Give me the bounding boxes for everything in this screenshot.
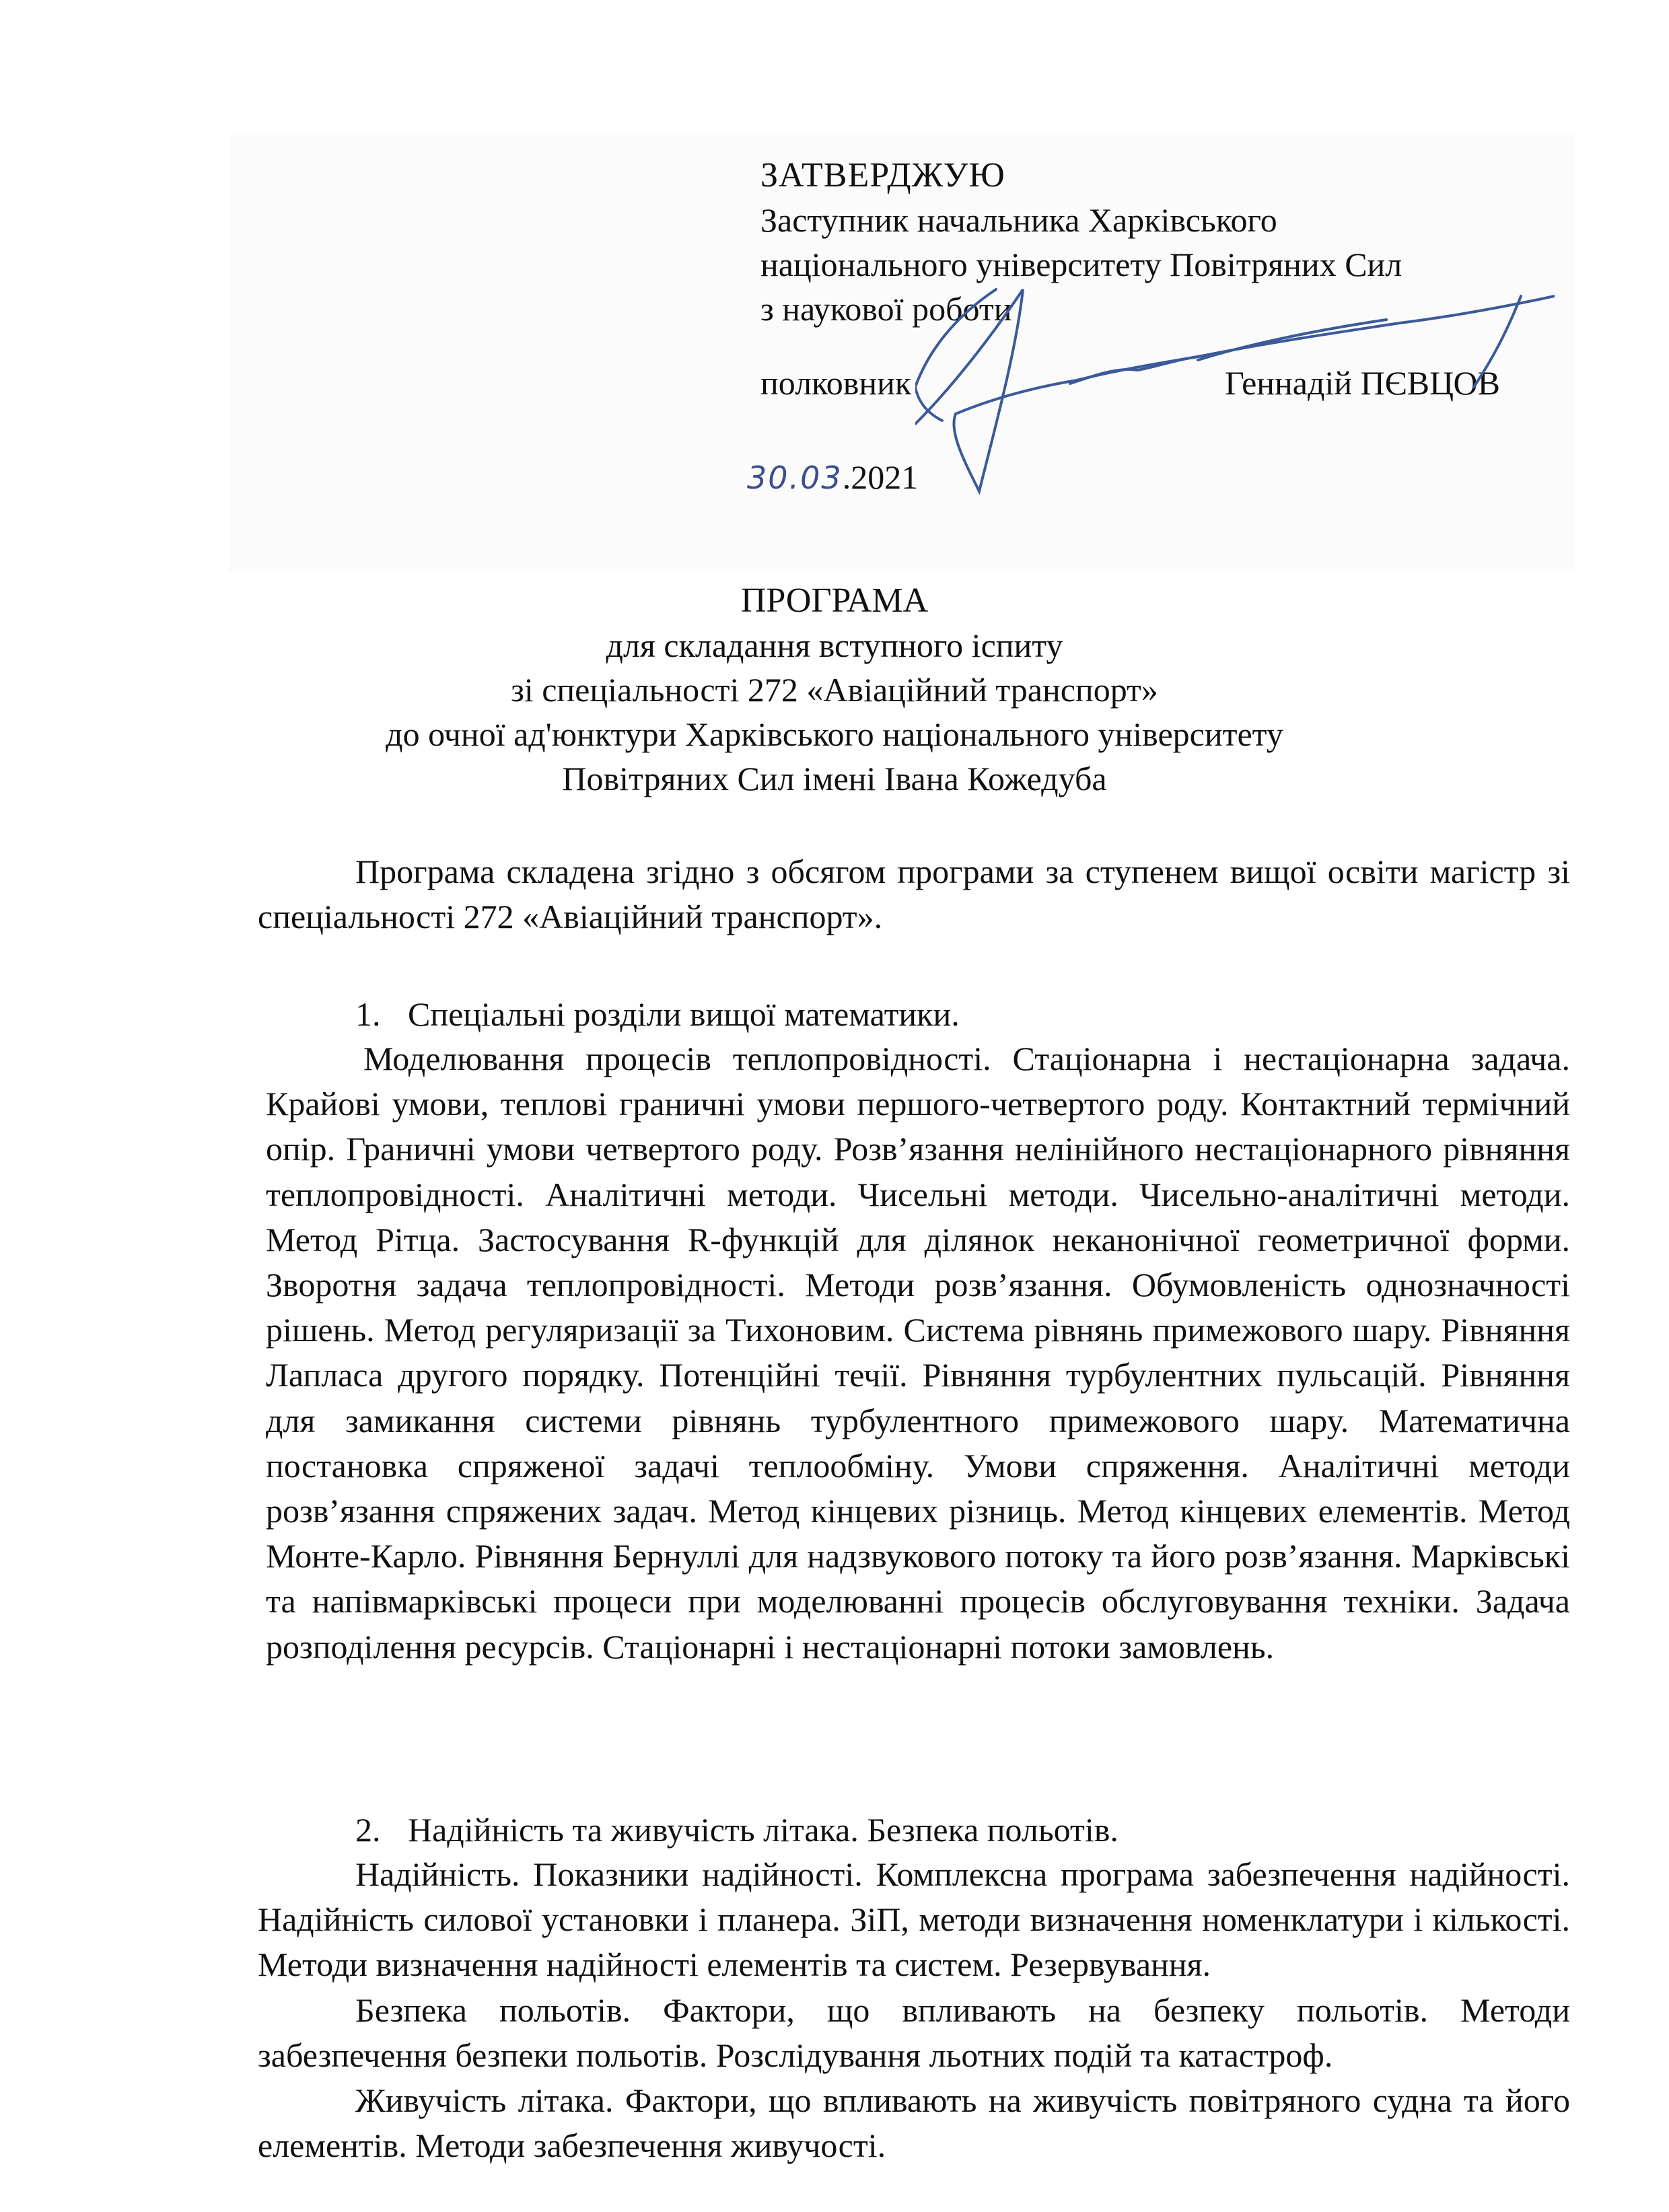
section-1-body: Моделювання процесів теплопровідності. С… bbox=[266, 1036, 1570, 1670]
section-2-body: Надійність. Показники надійності. Компле… bbox=[258, 1852, 1570, 2168]
section-1-heading: 1.Спеціальні розділи вищої математики. bbox=[355, 995, 960, 1034]
section-number: 2. bbox=[355, 1810, 408, 1849]
section-paragraph: Живучість літака. Фактори, що впливають … bbox=[258, 2078, 1570, 2168]
document-page: ЗАТВЕРДЖУЮ Заступник начальника Харківсь… bbox=[0, 0, 1669, 2212]
section-paragraph: Моделювання процесів теплопровідності. С… bbox=[266, 1036, 1570, 1670]
section-number: 1. bbox=[355, 995, 408, 1034]
approval-heading: ЗАТВЕРДЖУЮ bbox=[760, 153, 1402, 198]
intro-paragraph: Програма складена згідно з обсягом прогр… bbox=[258, 849, 1570, 939]
title-subline: зі спеціальності 272 «Авіаційний транспо… bbox=[0, 668, 1669, 712]
section-title: Спеціальні розділи вищої математики. bbox=[408, 995, 960, 1033]
handwritten-date: 30.03 bbox=[747, 460, 843, 496]
approval-date: 30.03.2021 bbox=[747, 458, 918, 497]
date-year: .2021 bbox=[843, 458, 919, 496]
section-2-heading: 2.Надійність та живучість літака. Безпек… bbox=[355, 1810, 1118, 1849]
section-paragraph: Надійність. Показники надійності. Компле… bbox=[258, 1852, 1570, 1988]
document-title: ПРОГРАМА bbox=[0, 579, 1669, 623]
signature-icon bbox=[915, 269, 1555, 498]
approval-position-line: Заступник начальника Харківського bbox=[760, 198, 1402, 242]
document-title-block: ПРОГРАМА для складання вступного іспиту … bbox=[0, 579, 1669, 801]
title-subline: до очної ад'юнктури Харківського націона… bbox=[0, 712, 1669, 756]
intro-text: Програма складена згідно з обсягом прогр… bbox=[258, 849, 1570, 939]
title-subline: Повітряних Сил імені Івана Кожедуба bbox=[0, 756, 1669, 801]
section-title: Надійність та живучість літака. Безпека … bbox=[408, 1811, 1118, 1849]
approval-rank: полковник bbox=[760, 363, 911, 402]
title-subline: для складання вступного іспиту bbox=[0, 623, 1669, 668]
section-paragraph: Безпека польотів. Фактори, що впливають … bbox=[258, 1988, 1570, 2078]
